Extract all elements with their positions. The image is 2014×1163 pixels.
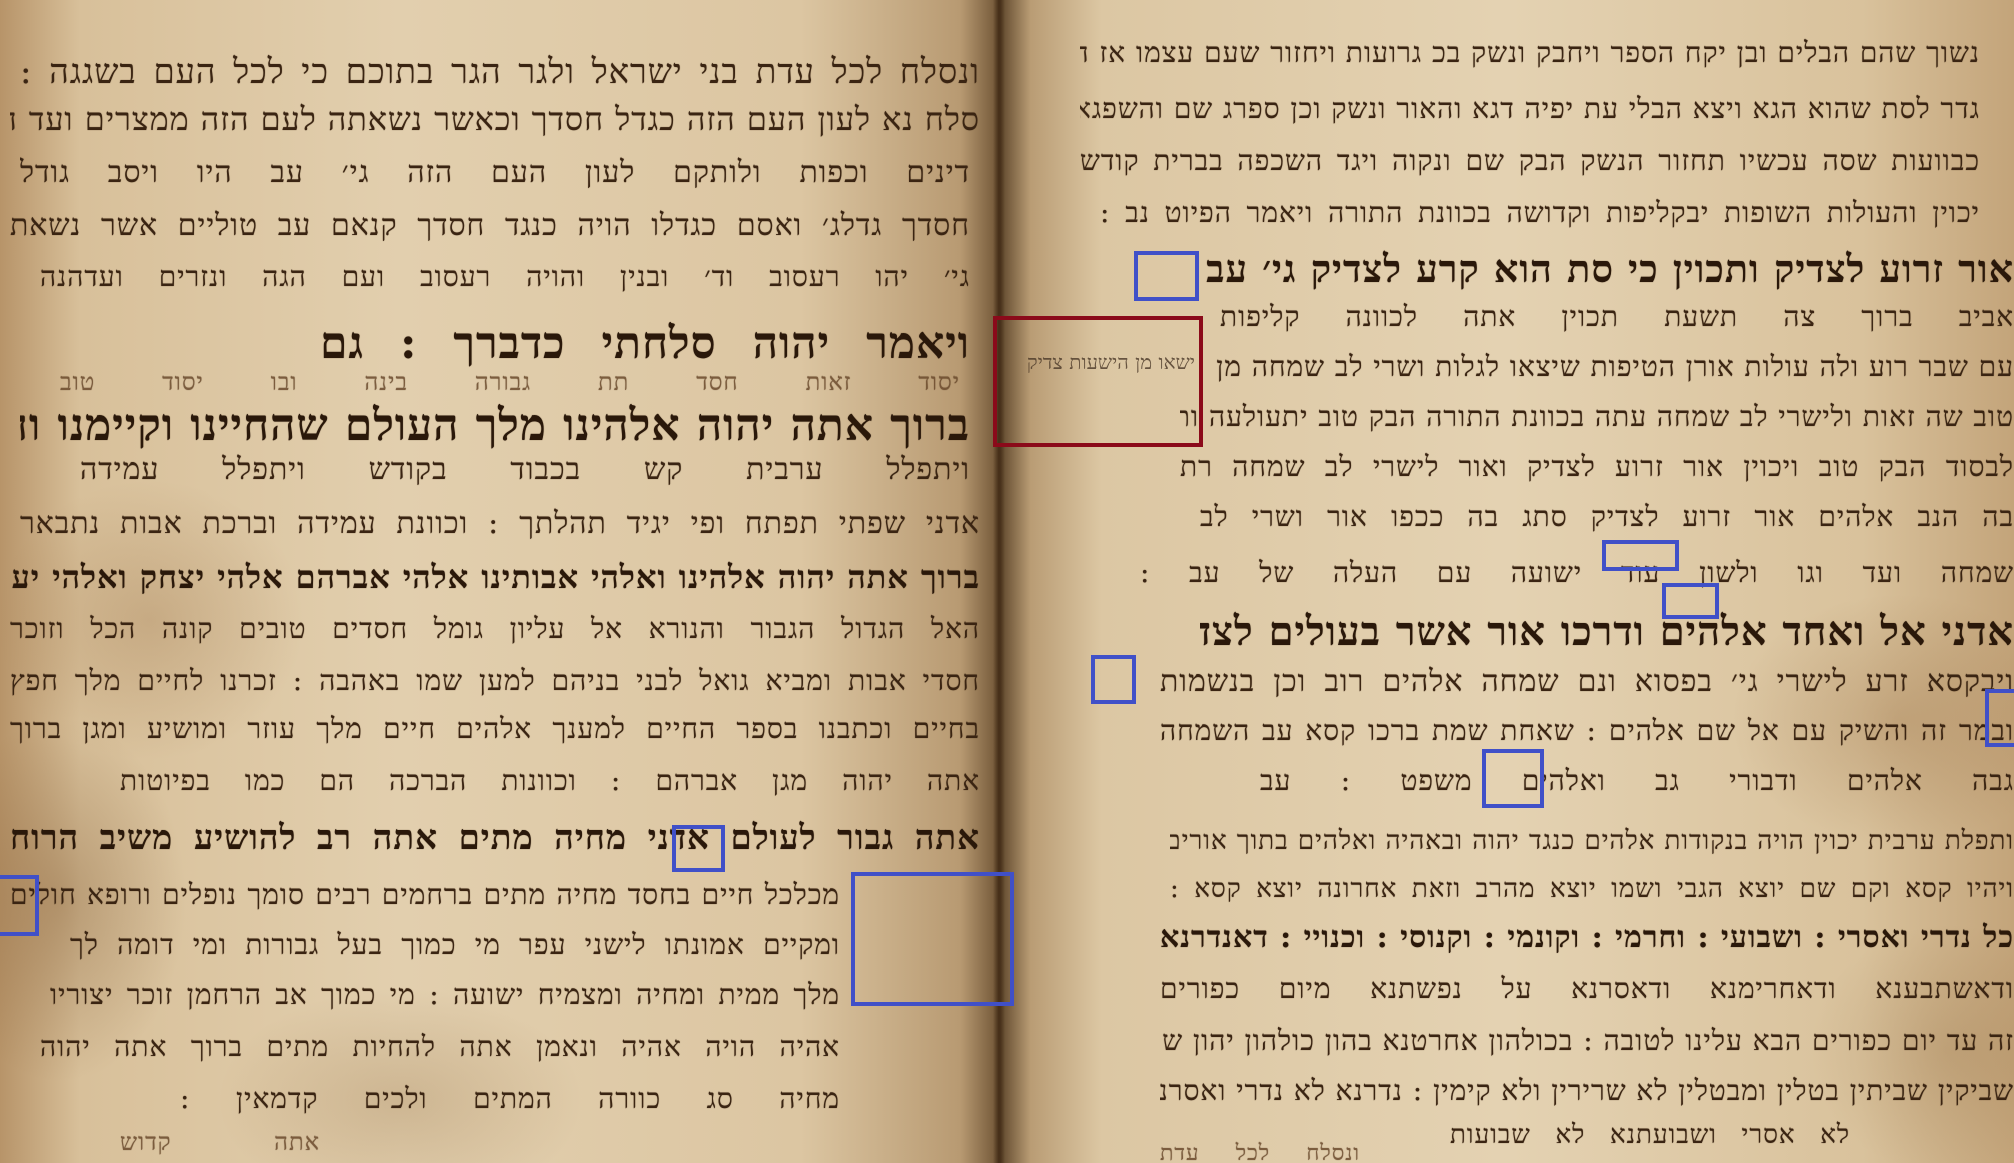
manuscript-line: בחיים וכתבנו בספר החיים למענך אלהים חיים… [10, 712, 980, 746]
manuscript-line: ברוך אתה יהוה אלהינו מלך העולם שהחיינו ו… [20, 400, 970, 451]
manuscript-line: מחיה סג כוורה המתים ולכים קדמאין : [180, 1082, 840, 1116]
manuscript-line: נשוך שהם הבלים ובן יקח הספר ויחבק ונשק ב… [1080, 36, 1980, 70]
manuscript-line: אתה יהוה מגן אברהם : וכוונות הברכה הם כמ… [120, 764, 980, 798]
manuscript-line: שביקין שביתין בטלין ומבטלין לא שרירין ול… [1160, 1074, 2014, 1108]
manuscript-line: גי׳ יהו רעסוב וד׳ ובנין והויה רעסוב ועם … [40, 260, 970, 294]
manuscript-line: אתה גבור לעולם אדני מחיה מתים אתה רב להו… [10, 818, 980, 858]
manuscript-line: ויבקסא זרע לישרי גי׳ בפסוא ונם שמחה אלהי… [1160, 664, 2014, 699]
manuscript-line: אביב ברוך צה תשעת תכוין אתה לכוונה קליפו… [1220, 300, 2014, 334]
red-highlight-box[interactable] [993, 316, 1203, 447]
manuscript-line: שמחה ועד וגו ולשון עוד ישועה עם העלה של … [1140, 556, 2014, 590]
left-page-text: ונסלח לכל עדת בני ישראל ולגר הגר בתוכם כ… [0, 0, 1000, 1163]
blue-highlight-box[interactable] [672, 825, 725, 872]
manuscript-line: סלח נא לעון העם הזה כגדל חסדך וכאשר נשאת… [10, 100, 980, 138]
manuscript-line: גדר לסת שהוא הגא ויצא הבלי עת יפיה דגא ו… [1080, 92, 1980, 126]
blue-highlight-box[interactable] [1602, 540, 1679, 571]
manuscript-line: יסוד זאות חסד תת גבורה בינה ובו יסוד טוב [60, 368, 960, 397]
manuscript-line: בה הנב אלהים אור זרוע לצדיק סתג בה ככפו … [1200, 500, 2014, 534]
manuscript-line: ותפלת ערבית יכוין הויה בנקודות אלהים כנג… [1170, 826, 2014, 856]
right-page: נשוך שהם הבלים ובן יקח הספר ויחבק ונשק ב… [1000, 0, 2014, 1163]
manuscript-line: כבוועות שסה עכשיו תחזור הנשק הבק שם ונקו… [1080, 144, 1980, 178]
manuscript-line: ברוך אתה יהוה אלהינו ואלהי אבותינו אלהי … [10, 558, 980, 596]
manuscript-line: ונסלח לכל עדת [1160, 1140, 1360, 1163]
manuscript-line: גבה אלהים ודבורי גב ואלהים משפט : עב [1260, 764, 2014, 798]
manuscript-line: זה עד יום כפורים הבא עלינו לטובה : בכולה… [1160, 1024, 2014, 1058]
manuscript-line: ונסלח לכל עדת בני ישראל ולגר הגר בתוכם כ… [20, 52, 980, 92]
manuscript-spread: ונסלח לכל עדת בני ישראל ולגר הגר בתוכם כ… [0, 0, 2014, 1163]
manuscript-line: ויהיו קסא וקם שם יוצא הגבי ושמו יוצא מהר… [1170, 874, 2014, 904]
manuscript-line: ודאשתבענא ודאחרימנא ודאסרנא על נפשתנא מי… [1160, 972, 2014, 1006]
blue-highlight-box[interactable] [1985, 689, 2014, 747]
manuscript-line: חסדך גדלג׳ ואסם כגדלו הויה כנגד חסדך קנא… [10, 208, 970, 243]
manuscript-line: מלך ממית ומחיה ומצמיח ישועה : מי כמוך אב… [50, 978, 840, 1012]
manuscript-line: ובמר זה והשיק עם אל שם אלהים : שאחת שמת … [1160, 714, 2014, 748]
manuscript-line: אהיה הויה אהיה ונאמן אתה להחיות מתים ברו… [40, 1030, 840, 1064]
manuscript-line: כל נדרי ואסרי : ושבועי : וחרמי : וקונמי … [1160, 920, 2014, 955]
manuscript-line: אדני שפתי תפתח ופי יגיד תהלתך : וכוונת ע… [20, 506, 980, 541]
manuscript-line: לא אסרי ושבועתנא לא שבועות [1450, 1120, 1850, 1150]
manuscript-line: מכלכל חיים בחסד מחיה מתים ברחמים רבים סו… [10, 878, 840, 912]
blue-highlight-box[interactable] [1134, 251, 1199, 301]
manuscript-line: טוב שה זאות ולישרי לב שמחה עתה בכוונת הת… [1180, 400, 2014, 434]
manuscript-line: ויתפלל ערבית קש בכבוד בקודש ויתפלל עמידה [80, 452, 970, 487]
blue-highlight-box[interactable] [0, 875, 39, 936]
manuscript-line: דינים וכפות ולותקם לעון העם הזה גי׳ עב ה… [20, 155, 970, 190]
manuscript-line: האל הגדול הגבור והנורא אל עליון גומל חסד… [10, 612, 980, 646]
blue-highlight-box[interactable] [1091, 655, 1136, 704]
right-page-text: נשוך שהם הבלים ובן יקח הספר ויחבק ונשק ב… [1000, 0, 2014, 1163]
left-page: ונסלח לכל עדת בני ישראל ולגר הגר בתוכם כ… [0, 0, 1000, 1163]
manuscript-line: אור זרוע לצדיק ותכוין כי סת הוא קרע לצדי… [1200, 246, 2014, 292]
manuscript-line: אתה קדוש [120, 1128, 320, 1157]
manuscript-line: ויאמר יהוה סלחתי כדברך : גם [320, 318, 970, 369]
manuscript-line: לבסוד הבק טוב ויכוין אור זרוע לצדיק ואור… [1180, 450, 2014, 484]
blue-highlight-box[interactable] [1482, 749, 1544, 808]
manuscript-line: ומקיים אמונתו לישני עפר מי כמוך בעל גבור… [70, 928, 840, 962]
manuscript-line: יכוין והעולות השופות יבקליפות וקדושה בכו… [1100, 196, 1980, 230]
manuscript-line: עם שבר רוע ולה עולות אורן הטיפות שיצאו ל… [1210, 350, 2014, 384]
blue-highlight-box[interactable] [1662, 583, 1719, 619]
manuscript-line: חסדי אבות ומביא גואל לבני בניהם למען שמו… [10, 664, 980, 698]
blue-highlight-box[interactable] [851, 872, 1014, 1006]
manuscript-line: אדני אל ואחד אלהים ודרכו אור אשר בעולים … [1200, 608, 2014, 655]
